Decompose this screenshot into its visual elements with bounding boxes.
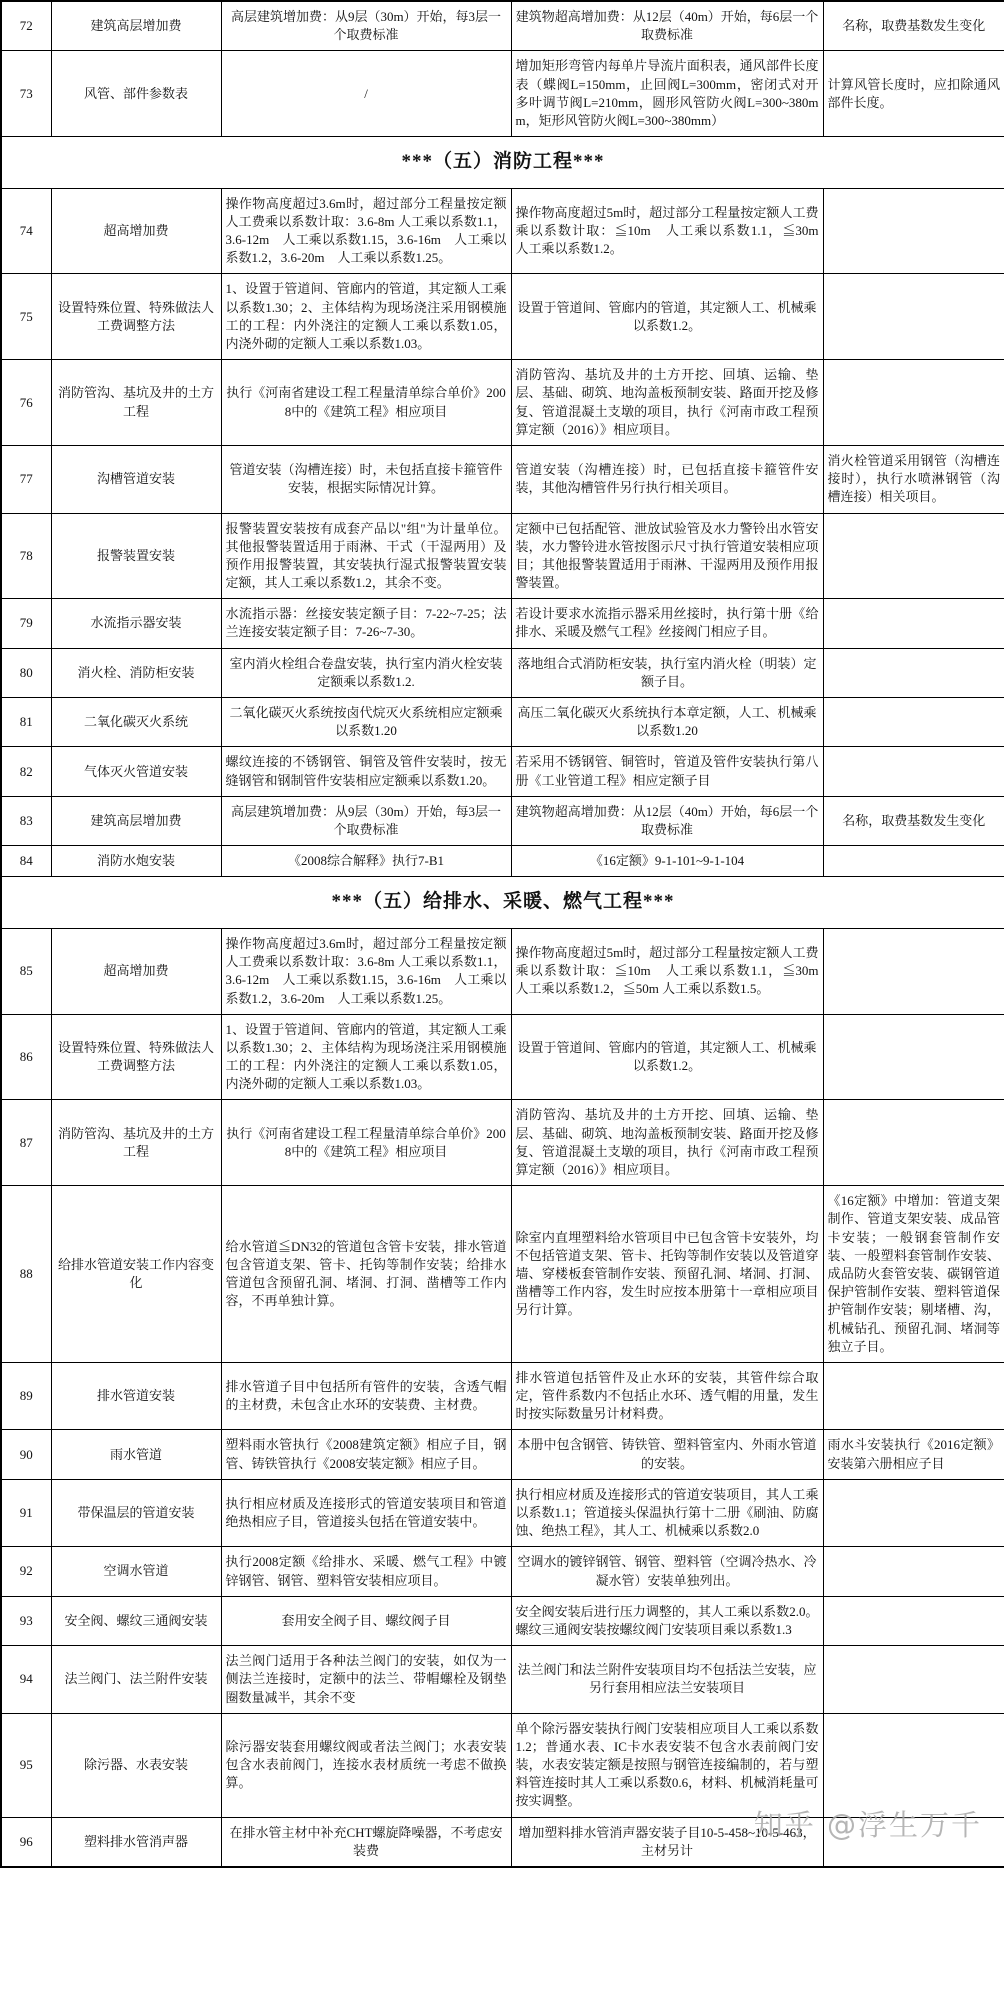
old-spec-cell: 高层建筑增加费：从9层（30m）开始，每3层一个取费标准	[221, 796, 511, 845]
table-row: 78报警装置安装报警装置安装按有成套产品以"组"为计量单位。其他报警装置适用于雨…	[1, 513, 1004, 599]
table-row: 82气体灭火管道安装螺纹连接的不锈钢管、铜管及管件安装时，按无缝钢管和钢制管件安…	[1, 747, 1004, 796]
table-row: 91带保温层的管道安装执行相应材质及连接形式的管道安装项目和管道绝热相应子目，管…	[1, 1479, 1004, 1547]
item-name-cell: 建筑高层增加费	[51, 1, 221, 51]
note-cell	[823, 1817, 1004, 1867]
item-name-cell: 气体灭火管道安装	[51, 747, 221, 796]
new-spec-cell: 增加塑料排水管消声器安装子目10-5-458~10-5-463，主材另计	[511, 1817, 823, 1867]
table-row: 76消防管沟、基坑及井的土方工程执行《河南省建设工程工程量清单综合单价》2008…	[1, 360, 1004, 446]
row-number-cell: 92	[1, 1547, 51, 1596]
old-spec-cell: 套用安全阀子目、螺纹阀子目	[221, 1596, 511, 1645]
old-spec-cell: 执行相应材质及连接形式的管道安装项目和管道绝热相应子目，管道接头包括在管道安装中…	[221, 1479, 511, 1547]
old-spec-cell: 水流指示器：丝接安装定额子目：7-22~7-25；法兰连接安装定额子目：7-26…	[221, 599, 511, 648]
table-row: 73风管、部件参数表/增加矩形弯管内每单片导流片面积表，通风部件长度表（蝶阀L=…	[1, 51, 1004, 137]
table-row: 74超高增加费操作物高度超过3.6m时，超过部分工程量按定额人工费乘以系数计取：…	[1, 188, 1004, 274]
row-number-cell: 83	[1, 796, 51, 845]
row-number-cell: 93	[1, 1596, 51, 1645]
note-cell: 名称，取费基数发生变化	[823, 796, 1004, 845]
note-cell	[823, 846, 1004, 877]
old-spec-cell: 高层建筑增加费：从9层（30m）开始，每3层一个取费标准	[221, 1, 511, 51]
note-cell	[823, 188, 1004, 274]
old-spec-cell: 执行《河南省建设工程工程量清单综合单价》2008中的《建筑工程》相应项目	[221, 1100, 511, 1186]
row-number-cell: 86	[1, 1014, 51, 1100]
spec-comparison-table: 72建筑高层增加费高层建筑增加费：从9层（30m）开始，每3层一个取费标准建筑物…	[0, 0, 1004, 1868]
item-name-cell: 安全阀、螺纹三通阀安装	[51, 1596, 221, 1645]
old-spec-cell: 执行2008定额《给排水、采暖、燃气工程》中镀锌钢管、钢管、塑料管安装相应项目。	[221, 1547, 511, 1596]
new-spec-cell: 落地组合式消防柜安装，执行室内消火栓（明装）定额子目。	[511, 648, 823, 697]
item-name-cell: 空调水管道	[51, 1547, 221, 1596]
table-row: 75设置特殊位置、特殊做法人工费调整方法1、设置于管道间、管廊内的管道，其定额人…	[1, 274, 1004, 360]
note-cell	[823, 1479, 1004, 1547]
old-spec-cell: 执行《河南省建设工程工程量清单综合单价》2008中的《建筑工程》相应项目	[221, 360, 511, 446]
new-spec-cell: 高压二氧化碳灭火系统执行本章定额，人工、机械乘以系数1.20	[511, 698, 823, 747]
table-body: 72建筑高层增加费高层建筑增加费：从9层（30m）开始，每3层一个取费标准建筑物…	[1, 1, 1004, 1867]
item-name-cell: 水流指示器安装	[51, 599, 221, 648]
table-row: 85超高增加费操作物高度超过3.6m时，超过部分工程量按定额人工费乘以系数计取：…	[1, 928, 1004, 1014]
row-number-cell: 78	[1, 513, 51, 599]
table-row: 81二氧化碳灭火系统二氧化碳灭火系统按卤代烷灭火系统相应定额乘以系数1.20高压…	[1, 698, 1004, 747]
new-spec-cell: 建筑物超高增加费：从12层（40m）开始，每6层一个取费标准	[511, 1, 823, 51]
row-number-cell: 75	[1, 274, 51, 360]
table-row: 84消防水炮安装《2008综合解释》执行7-B1《16定额》9-1-101~9-…	[1, 846, 1004, 877]
table-row: 93安全阀、螺纹三通阀安装套用安全阀子目、螺纹阀子目安全阀安装后进行压力调整的，…	[1, 1596, 1004, 1645]
note-cell	[823, 360, 1004, 446]
item-name-cell: 给排水管道安装工作内容变化	[51, 1186, 221, 1363]
note-cell	[823, 1014, 1004, 1100]
row-number-cell: 74	[1, 188, 51, 274]
note-cell: 计算风管长度时，应扣除通风部件长度。	[823, 51, 1004, 137]
row-number-cell: 77	[1, 445, 51, 513]
item-name-cell: 法兰阀门、法兰附件安装	[51, 1646, 221, 1714]
note-cell	[823, 1547, 1004, 1596]
row-number-cell: 84	[1, 846, 51, 877]
new-spec-cell: 本册中包含钢管、铸铁管、塑料管室内、外雨水管道的安装。	[511, 1430, 823, 1479]
section-header-row: ***（五）消防工程***	[1, 137, 1004, 189]
table-row: 88给排水管道安装工作内容变化给水管道≦DN32的管道包含管卡安装，排水管道包含…	[1, 1186, 1004, 1363]
old-spec-cell: 报警装置安装按有成套产品以"组"为计量单位。其他报警装置适用于雨淋、干式（干湿两…	[221, 513, 511, 599]
new-spec-cell: 设置于管道间、管廊内的管道，其定额人工、机械乘以系数1.2。	[511, 274, 823, 360]
new-spec-cell: 消防管沟、基坑及井的土方开挖、回填、运输、垫层、基础、砌筑、地沟盖板预制安装、路…	[511, 360, 823, 446]
item-name-cell: 除污器、水表安装	[51, 1713, 221, 1817]
new-spec-cell: 定额中已包括配管、泄放试验管及水力警铃出水管安装，水力警铃进水管按图示尺寸执行管…	[511, 513, 823, 599]
note-cell	[823, 1362, 1004, 1430]
new-spec-cell: 执行相应材质及连接形式的管道安装项目，其人工乘以系数1.1；管道接头保温执行第十…	[511, 1479, 823, 1547]
new-spec-cell: 操作物高度超过5m时，超过部分工程量按定额人工费乘以系数计取：≦10m 人工乘以…	[511, 928, 823, 1014]
item-name-cell: 设置特殊位置、特殊做法人工费调整方法	[51, 274, 221, 360]
row-number-cell: 82	[1, 747, 51, 796]
item-name-cell: 设置特殊位置、特殊做法人工费调整方法	[51, 1014, 221, 1100]
row-number-cell: 85	[1, 928, 51, 1014]
note-cell	[823, 513, 1004, 599]
new-spec-cell: 若设计要求水流指示器采用丝接时，执行第十册《给排水、采暖及燃气工程》丝接阀门相应…	[511, 599, 823, 648]
table-row: 90雨水管道塑料雨水管执行《2008建筑定额》相应子目，钢管、铸铁管执行《200…	[1, 1430, 1004, 1479]
note-cell	[823, 928, 1004, 1014]
new-spec-cell: 法兰阀门和法兰附件安装项目均不包括法兰安装，应另行套用相应法兰安装项目	[511, 1646, 823, 1714]
old-spec-cell: 在排水管主材中补充CHT螺旋降噪器，不考虑安装费	[221, 1817, 511, 1867]
item-name-cell: 排水管道安装	[51, 1362, 221, 1430]
note-cell	[823, 599, 1004, 648]
note-cell	[823, 274, 1004, 360]
note-cell: 《16定额》中增加：管道支架制作、管道支架安装、成品管卡安装；一般钢套管制作安装…	[823, 1186, 1004, 1363]
row-number-cell: 81	[1, 698, 51, 747]
old-spec-cell: 操作物高度超过3.6m时，超过部分工程量按定额人工费乘以系数计取：3.6-8m …	[221, 188, 511, 274]
old-spec-cell: 1、设置于管道间、管廊内的管道，其定额人工乘以系数1.30；2、主体结构为现场浇…	[221, 274, 511, 360]
row-number-cell: 73	[1, 51, 51, 137]
old-spec-cell: 给水管道≦DN32的管道包含管卡安装，排水管道包含管道支架、管卡、托钩等制作安装…	[221, 1186, 511, 1363]
item-name-cell: 超高增加费	[51, 928, 221, 1014]
new-spec-cell: 安全阀安装后进行压力调整的，其人工乘以系数2.0。螺纹三通阀安装按螺纹阀门安装项…	[511, 1596, 823, 1645]
item-name-cell: 消火栓、消防柜安装	[51, 648, 221, 697]
row-number-cell: 72	[1, 1, 51, 51]
note-cell: 消火栓管道采用钢管（沟槽连接时），执行水喷淋钢管（沟槽连接）相关项目。	[823, 445, 1004, 513]
new-spec-cell: 管道安装（沟槽连接）时，已包括直接卡箍管件安装，其他沟槽管件另行执行相关项目。	[511, 445, 823, 513]
document-page: 72建筑高层增加费高层建筑增加费：从9层（30m）开始，每3层一个取费标准建筑物…	[0, 0, 1004, 1868]
row-number-cell: 79	[1, 599, 51, 648]
item-name-cell: 消防管沟、基坑及井的土方工程	[51, 360, 221, 446]
item-name-cell: 塑料排水管消声器	[51, 1817, 221, 1867]
new-spec-cell: 操作物高度超过5m时，超过部分工程量按定额人工费乘以系数计取：≦10m 人工乘以…	[511, 188, 823, 274]
table-row: 77沟槽管道安装管道安装（沟槽连接）时，未包括直接卡箍管件安装，根据实际情况计算…	[1, 445, 1004, 513]
item-name-cell: 消防管沟、基坑及井的土方工程	[51, 1100, 221, 1186]
new-spec-cell: 消防管沟、基坑及井的土方开挖、回填、运输、垫层、基础、砌筑、地沟盖板预制安装、路…	[511, 1100, 823, 1186]
new-spec-cell: 若采用不锈钢管、铜管时，管道及管件安装执行第八册《工业管道工程》相应定额子目	[511, 747, 823, 796]
row-number-cell: 91	[1, 1479, 51, 1547]
table-row: 94法兰阀门、法兰附件安装法兰阀门适用于各种法兰阀门的安装，如仅为一侧法兰连接时…	[1, 1646, 1004, 1714]
row-number-cell: 89	[1, 1362, 51, 1430]
old-spec-cell: 塑料雨水管执行《2008建筑定额》相应子目，钢管、铸铁管执行《2008安装定额》…	[221, 1430, 511, 1479]
item-name-cell: 二氧化碳灭火系统	[51, 698, 221, 747]
new-spec-cell: 建筑物超高增加费：从12层（40m）开始，每6层一个取费标准	[511, 796, 823, 845]
section-title: ***（五）给排水、采暖、燃气工程***	[1, 877, 1004, 929]
row-number-cell: 90	[1, 1430, 51, 1479]
row-number-cell: 87	[1, 1100, 51, 1186]
item-name-cell: 沟槽管道安装	[51, 445, 221, 513]
note-cell: 雨水斗安装执行《2016定额》安装第六册相应子目	[823, 1430, 1004, 1479]
table-row: 83建筑高层增加费高层建筑增加费：从9层（30m）开始，每3层一个取费标准建筑物…	[1, 796, 1004, 845]
old-spec-cell: 排水管道子目中包括所有管件的安装，含透气帽的主材费，未包含止水环的安装费、主材费…	[221, 1362, 511, 1430]
row-number-cell: 88	[1, 1186, 51, 1363]
table-row: 86设置特殊位置、特殊做法人工费调整方法1、设置于管道间、管廊内的管道，其定额人…	[1, 1014, 1004, 1100]
new-spec-cell: 单个除污器安装执行阀门安装相应项目人工乘以系数1.2；普通水表、IC卡水表安装不…	[511, 1713, 823, 1817]
new-spec-cell: 排水管道包括管件及止水环的安装，其管件综合取定，管件系数内不包括止水环、透气帽的…	[511, 1362, 823, 1430]
note-cell	[823, 648, 1004, 697]
item-name-cell: 报警装置安装	[51, 513, 221, 599]
new-spec-cell: 增加矩形弯管内每单片导流片面积表，通风部件长度表（蝶阀L=150mm，止回阀L=…	[511, 51, 823, 137]
table-row: 92空调水管道执行2008定额《给排水、采暖、燃气工程》中镀锌钢管、钢管、塑料管…	[1, 1547, 1004, 1596]
old-spec-cell: 除污器安装套用螺纹阀或者法兰阀门；水表安装包含水表前阀门，连接水表材质统一考虑不…	[221, 1713, 511, 1817]
old-spec-cell: /	[221, 51, 511, 137]
new-spec-cell: 除室内直埋塑料给水管项目中已包含管卡安装外，均不包括管道支架、管卡、托钩等制作安…	[511, 1186, 823, 1363]
old-spec-cell: 法兰阀门适用于各种法兰阀门的安装，如仅为一侧法兰连接时，定额中的法兰、带帽螺栓及…	[221, 1646, 511, 1714]
old-spec-cell: 二氧化碳灭火系统按卤代烷灭火系统相应定额乘以系数1.20	[221, 698, 511, 747]
note-cell	[823, 1646, 1004, 1714]
row-number-cell: 96	[1, 1817, 51, 1867]
row-number-cell: 80	[1, 648, 51, 697]
old-spec-cell: 操作物高度超过3.6m时，超过部分工程量按定额人工费乘以系数计取：3.6-8m …	[221, 928, 511, 1014]
note-cell: 名称，取费基数发生变化	[823, 1, 1004, 51]
section-title: ***（五）消防工程***	[1, 137, 1004, 189]
item-name-cell: 雨水管道	[51, 1430, 221, 1479]
note-cell	[823, 1596, 1004, 1645]
item-name-cell: 风管、部件参数表	[51, 51, 221, 137]
section-header-row: ***（五）给排水、采暖、燃气工程***	[1, 877, 1004, 929]
table-row: 80消火栓、消防柜安装室内消火栓组合卷盘安装，执行室内消火栓安装定额乘以系数1.…	[1, 648, 1004, 697]
item-name-cell: 建筑高层增加费	[51, 796, 221, 845]
item-name-cell: 带保温层的管道安装	[51, 1479, 221, 1547]
table-row: 96塑料排水管消声器在排水管主材中补充CHT螺旋降噪器，不考虑安装费增加塑料排水…	[1, 1817, 1004, 1867]
old-spec-cell: 《2008综合解释》执行7-B1	[221, 846, 511, 877]
new-spec-cell: 《16定额》9-1-101~9-1-104	[511, 846, 823, 877]
note-cell	[823, 747, 1004, 796]
old-spec-cell: 1、设置于管道间、管廊内的管道，其定额人工乘以系数1.30；2、主体结构为现场浇…	[221, 1014, 511, 1100]
row-number-cell: 76	[1, 360, 51, 446]
note-cell	[823, 1713, 1004, 1817]
old-spec-cell: 螺纹连接的不锈钢管、铜管及管件安装时，按无缝钢管和钢制管件安装相应定额乘以系数1…	[221, 747, 511, 796]
table-row: 72建筑高层增加费高层建筑增加费：从9层（30m）开始，每3层一个取费标准建筑物…	[1, 1, 1004, 51]
row-number-cell: 94	[1, 1646, 51, 1714]
note-cell	[823, 698, 1004, 747]
row-number-cell: 95	[1, 1713, 51, 1817]
note-cell	[823, 1100, 1004, 1186]
item-name-cell: 消防水炮安装	[51, 846, 221, 877]
item-name-cell: 超高增加费	[51, 188, 221, 274]
table-row: 95除污器、水表安装除污器安装套用螺纹阀或者法兰阀门；水表安装包含水表前阀门，连…	[1, 1713, 1004, 1817]
old-spec-cell: 室内消火栓组合卷盘安装，执行室内消火栓安装定额乘以系数1.2.	[221, 648, 511, 697]
table-row: 79水流指示器安装水流指示器：丝接安装定额子目：7-22~7-25；法兰连接安装…	[1, 599, 1004, 648]
old-spec-cell: 管道安装（沟槽连接）时，未包括直接卡箍管件安装，根据实际情况计算。	[221, 445, 511, 513]
new-spec-cell: 设置于管道间、管廊内的管道，其定额人工、机械乘以系数1.2。	[511, 1014, 823, 1100]
table-row: 87消防管沟、基坑及井的土方工程执行《河南省建设工程工程量清单综合单价》2008…	[1, 1100, 1004, 1186]
table-row: 89排水管道安装排水管道子目中包括所有管件的安装，含透气帽的主材费，未包含止水环…	[1, 1362, 1004, 1430]
new-spec-cell: 空调水的镀锌钢管、钢管、塑料管（空调冷热水、冷凝水管）安装单独列出。	[511, 1547, 823, 1596]
